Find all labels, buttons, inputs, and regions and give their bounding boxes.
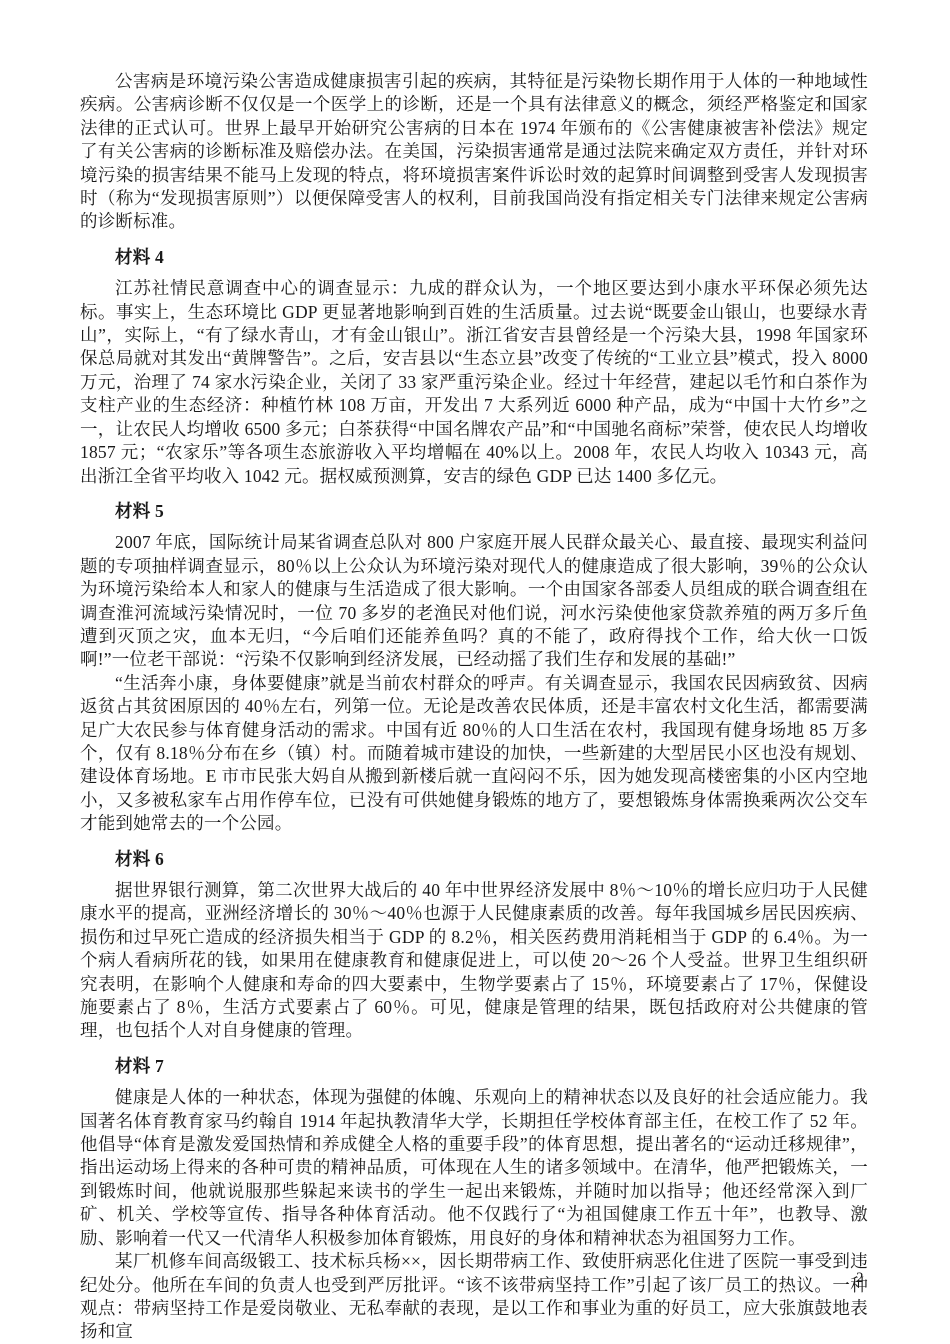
paragraph-material-5-survey: 2007 年底，国际统计局某省调查总队对 800 户家庭开展人民群众最关心、最直… (80, 531, 868, 671)
paragraph-material-7-worker-yang: 某厂机修车间高级锻工、技术标兵杨××，因长期带病工作、致使肝病恶化住进了医院一事… (80, 1250, 868, 1344)
heading-material-4: 材料 4 (80, 246, 868, 269)
paragraph-material-7-ma-yuehan: 健康是人体的一种状态，体现为强健的体魄、乐观向上的精神状态以及良好的社会适应能力… (80, 1086, 868, 1250)
paragraph-pollution-disease-intro: 公害病是环境污染公害造成健康损害引起的疾病，其特征是污染物长期作用于人体的一种地… (80, 70, 868, 234)
page-number: 2 (856, 1270, 864, 1287)
paragraph-material-4-anji-eco: 江苏社情民意调查中心的调查显示：九成的群众认为，一个地区要达到小康水平环保必须先… (80, 277, 868, 488)
heading-material-6: 材料 6 (80, 848, 868, 871)
heading-material-5: 材料 5 (80, 500, 868, 523)
document-content: 公害病是环境污染公害造成健康损害引起的疾病，其特征是污染物长期作用于人体的一种地… (80, 70, 868, 1344)
document-page: 公害病是环境污染公害造成健康损害引起的疾病，其特征是污染物长期作用于人体的一种地… (0, 0, 950, 1344)
paragraph-material-5-rural-fitness: “生活奔小康，身体要健康”就是当前农村群众的呼声。有关调查显示，我国农民因病致贫… (80, 672, 868, 836)
paragraph-material-6-health-economy: 据世界银行测算，第二次世界大战后的 40 年中世界经济发展中 8％～10％的增长… (80, 879, 868, 1043)
heading-material-7: 材料 7 (80, 1055, 868, 1078)
